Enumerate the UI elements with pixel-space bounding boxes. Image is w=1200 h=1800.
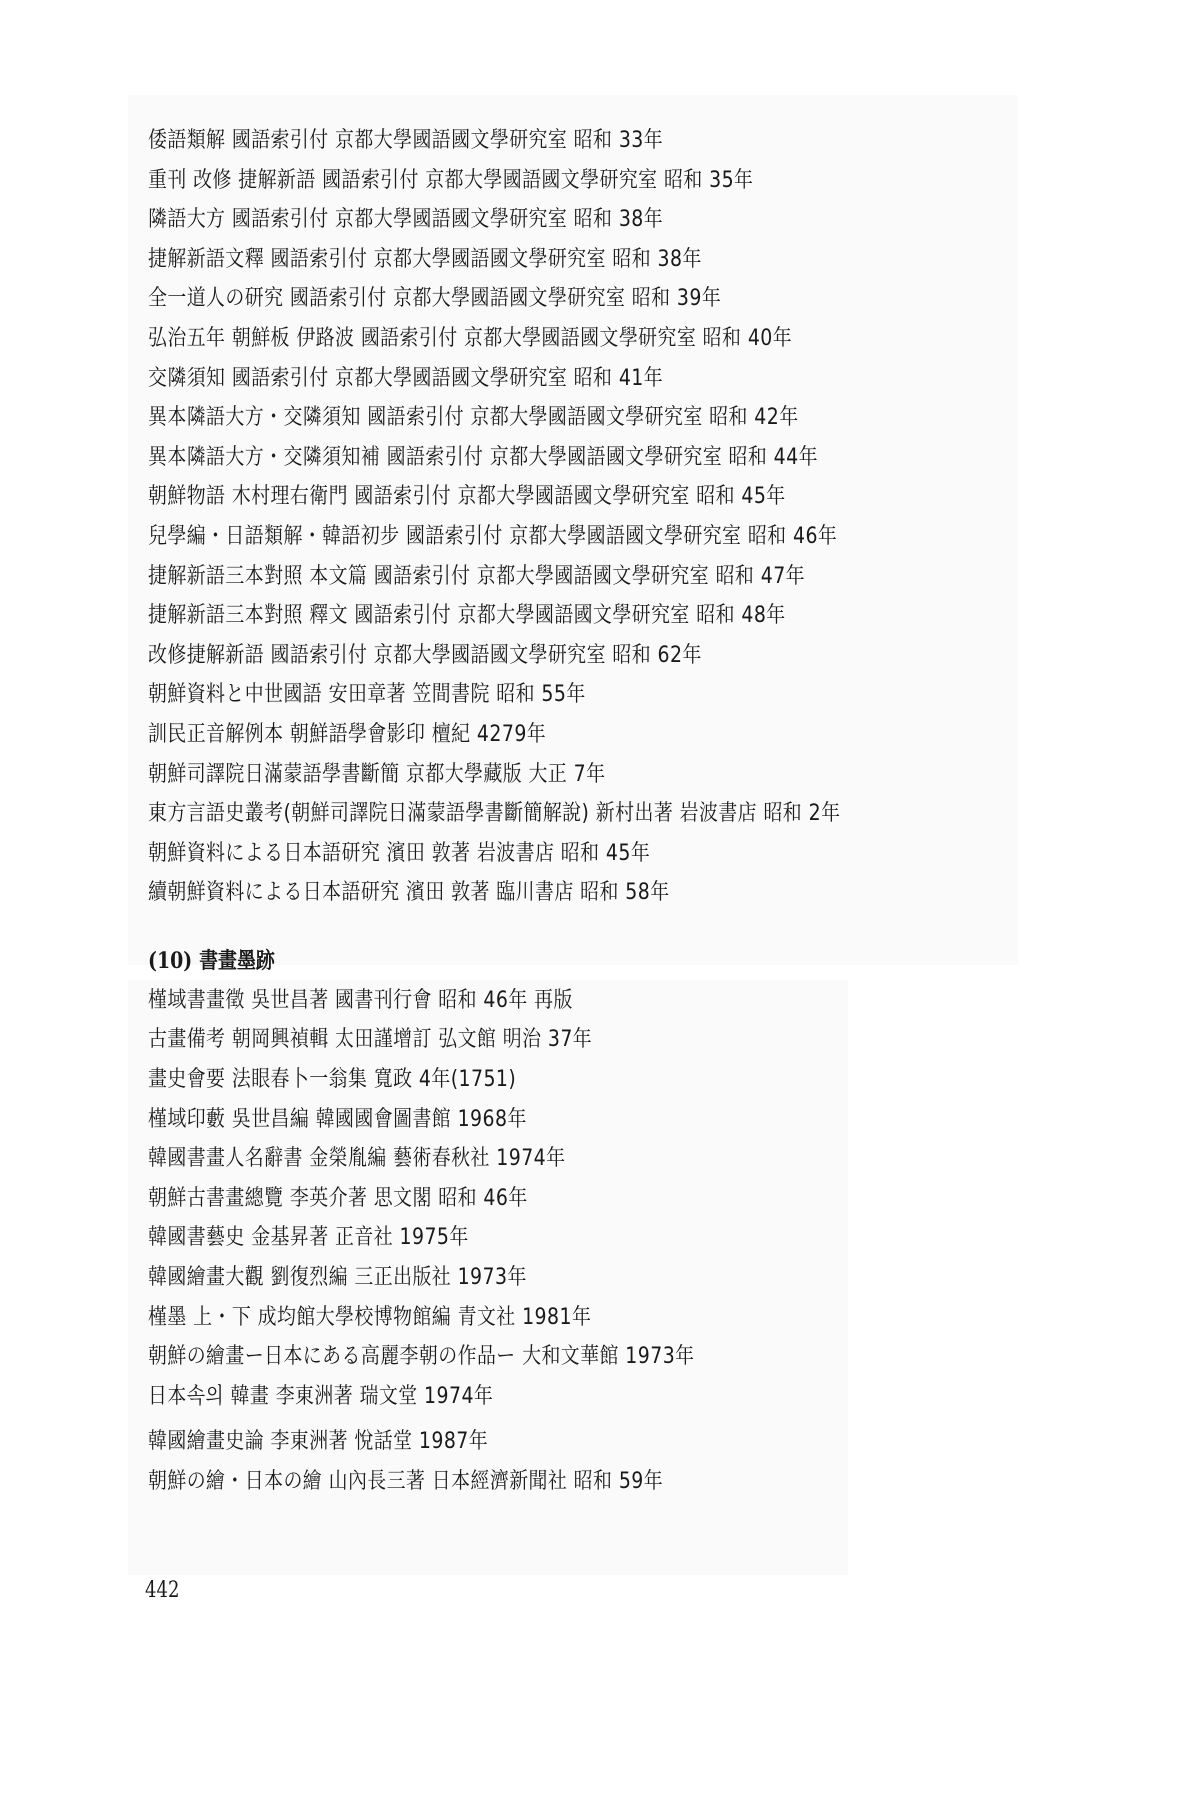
bibliography-entry: 捷解新語三本對照 釋文 國語索引付 京都大學國語國文學研究室 昭和 48年	[148, 603, 922, 643]
bibliography-entry: 東方言語史叢考(朝鮮司譯院日滿蒙語學書斷簡解說) 新村出著 岩波書店 昭和 2年	[148, 801, 922, 841]
bibliography-entry: 弘治五年 朝鮮板 伊路波 國語索引付 京都大學國語國文學研究室 昭和 40年	[148, 326, 922, 366]
bibliography-entry: 捷解新語三本對照 本文篇 國語索引付 京都大學國語國文學研究室 昭和 47年	[148, 564, 922, 604]
bibliography-entry: 兒學編・日語類解・韓語初步 國語索引付 京都大學國語國文學研究室 昭和 46年	[148, 524, 922, 564]
bibliography-entry: 重刊 改修 捷解新語 國語索引付 京都大學國語國文學研究室 昭和 35年	[148, 168, 922, 208]
bibliography-entry: 朝鮮の繪・日本の繪 山內長三著 日本經濟新聞社 昭和 59年	[148, 1469, 922, 1509]
bibliography-entry: 全一道人の研究 國語索引付 京都大學國語國文學研究室 昭和 39年	[148, 286, 922, 326]
bibliography-entry: 朝鮮の繪畫ー日本にある高麗李朝の作品ー 大和文華館 1973年	[148, 1344, 922, 1384]
bibliography-entry: 改修捷解新語 國語索引付 京都大學國語國文學研究室 昭和 62年	[148, 643, 922, 683]
section-number: (10)	[148, 948, 192, 974]
bibliography-entry: 古畫備考 朝岡興禎輯 太田謹增訂 弘文館 明治 37年	[148, 1027, 922, 1067]
section-title: 書畫墨跡	[199, 949, 275, 974]
bibliography-entry: 隣語大方 國語索引付 京都大學國語國文學研究室 昭和 38年	[148, 207, 922, 247]
bibliography-entry: 續朝鮮資料による日本語研究 濱田 敦著 臨川書店 昭和 58年	[148, 880, 922, 920]
bibliography-entry: 日本속의 韓畫 李東洲著 瑞文堂 1974年	[148, 1384, 922, 1424]
bibliography-entry: 交隣須知 國語索引付 京都大學國語國文學研究室 昭和 41年	[148, 366, 922, 406]
bibliography-list: 倭語類解 國語索引付 京都大學國語國文學研究室 昭和 33年 重刊 改修 捷解新…	[148, 128, 1048, 1509]
bibliography-entry: 朝鮮古書畫總覽 李英介著 思文閣 昭和 46年	[148, 1186, 922, 1226]
bibliography-entry: 朝鮮資料と中世國語 安田章著 笠間書院 昭和 55年	[148, 682, 922, 722]
bibliography-entry: 畫史會要 法眼春卜一翁集 寬政 4年(1751)	[148, 1067, 922, 1107]
bibliography-entry: 韓國繪畫大觀 劉復烈編 三正出版社 1973年	[148, 1265, 922, 1305]
bibliography-entry: 韓國書藝史 金基昇著 正音社 1975年	[148, 1225, 922, 1265]
section-heading: (10)書畫墨跡	[148, 948, 922, 988]
bibliography-entry: 異本隣語大方・交隣須知補 國語索引付 京都大學國語國文學研究室 昭和 44年	[148, 445, 922, 485]
bibliography-entry: 朝鮮司譯院日滿蒙語學書斷簡 京都大學藏版 大正 7年	[148, 762, 922, 802]
bibliography-entry: 訓民正音解例本 朝鮮語學會影印 檀紀 4279年	[148, 722, 922, 762]
bibliography-entry: 槿墨 上・下 成均館大學校博物館編 青文社 1981年	[148, 1305, 922, 1345]
page-number: 442	[145, 1578, 179, 1603]
bibliography-entry: 異本隣語大方・交隣須知 國語索引付 京都大學國語國文學研究室 昭和 42年	[148, 405, 922, 445]
bibliography-entry: 韓國書畫人名辭書 金榮胤編 藝術春秋社 1974年	[148, 1146, 922, 1186]
bibliography-entry: 槿域印藪 吳世昌編 韓國國會圖書館 1968年	[148, 1107, 922, 1147]
section-spacer	[148, 920, 1048, 948]
bibliography-entry: 槿域書畫徵 吳世昌著 國書刊行會 昭和 46年 再版	[148, 988, 922, 1028]
bibliography-entry: 朝鮮資料による日本語研究 濱田 敦著 岩波書店 昭和 45年	[148, 841, 922, 881]
bibliography-entry: 倭語類解 國語索引付 京都大學國語國文學研究室 昭和 33年	[148, 128, 922, 168]
bibliography-entry: 朝鮮物語 木村理右衛門 國語索引付 京都大學國語國文學研究室 昭和 45年	[148, 484, 922, 524]
bibliography-entry: 韓國繪畫史論 李東洲著 悅話堂 1987年	[148, 1429, 922, 1469]
bibliography-entry: 捷解新語文釋 國語索引付 京都大學國語國文學研究室 昭和 38年	[148, 247, 922, 287]
